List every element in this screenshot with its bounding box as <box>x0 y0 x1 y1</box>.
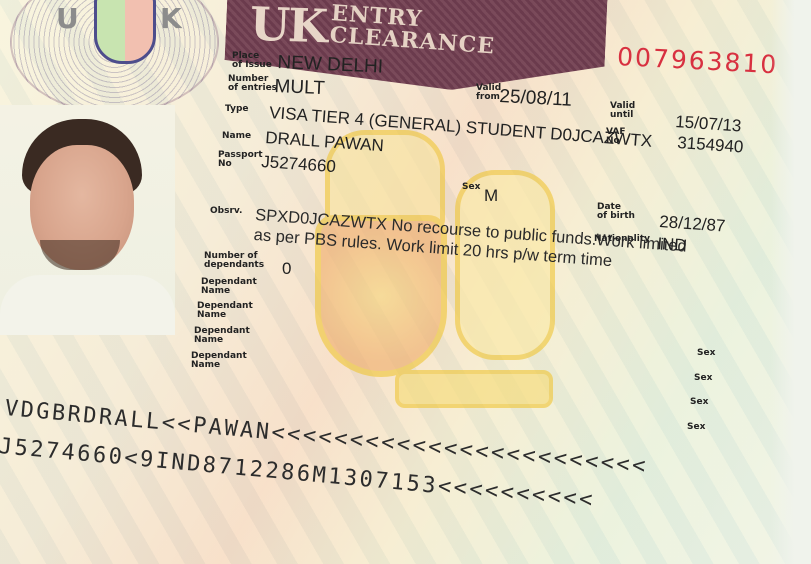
place-of-issue-value: NEW DELHI <box>277 52 383 79</box>
uk-emblem-icon: U K <box>10 0 219 114</box>
nationality-label: Nationality <box>594 235 650 244</box>
number-of-dependants-value: 0 <box>282 259 291 279</box>
number-of-dependants-label: Number of dependants <box>204 252 264 270</box>
holder-photo <box>0 105 175 335</box>
dependant-name-label-4: Dependant Name <box>191 352 247 370</box>
date-of-birth-label: Date of birth <box>597 203 635 221</box>
type-label: Type <box>225 105 248 114</box>
dependant-sex-label-2: Sex <box>694 374 712 383</box>
dependant-name-label-1: Dependant Name <box>201 278 257 296</box>
emblem-letter-u: U <box>56 2 79 35</box>
dependant-name-label-2: Dependant Name <box>197 302 253 320</box>
visa-document: UK ENTRY CLEARANCE U K 007963810 Place o… <box>0 0 811 564</box>
dependant-sex-label-1: Sex <box>697 349 715 358</box>
sex-value: M <box>484 186 498 206</box>
number-of-entries-value: MULT <box>274 76 325 100</box>
nationality-value: IND <box>657 234 688 256</box>
emblem-letter-k: K <box>160 2 182 35</box>
dependant-name-label-3: Dependant Name <box>194 327 250 345</box>
number-of-entries-label: Number of entries <box>228 75 277 93</box>
vaf-no-value: 3154940 <box>677 133 744 158</box>
shield-icon <box>94 0 156 64</box>
place-of-issue-label: Place of Issue <box>232 52 272 70</box>
dependant-sex-label-3: Sex <box>690 398 708 407</box>
date-of-birth-value: 28/12/87 <box>659 212 726 237</box>
sex-label: Sex <box>462 183 480 192</box>
serial-number: 007963810 <box>616 42 778 79</box>
header-uk-mark: UK <box>249 0 327 53</box>
valid-from-value: 25/08/11 <box>499 86 573 112</box>
valid-until-label: Valid until <box>610 102 635 120</box>
dependant-sex-label-4: Sex <box>687 423 705 432</box>
vaf-no-label: VAF No <box>606 128 625 146</box>
passport-no-label: Passport No <box>218 151 263 169</box>
valid-from-label: Valid from <box>476 84 501 102</box>
name-label: Name <box>222 132 251 141</box>
observations-label: Obsrv. <box>210 207 242 216</box>
